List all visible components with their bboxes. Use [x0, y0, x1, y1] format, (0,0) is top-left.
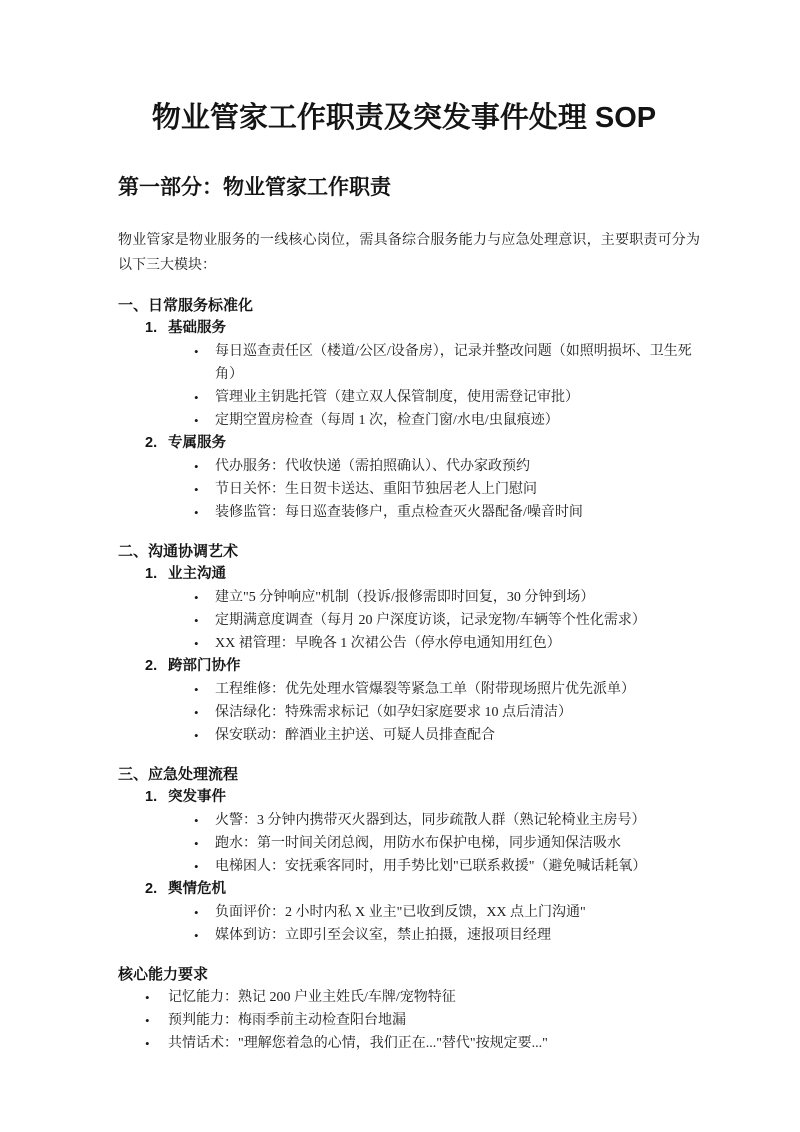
- item-number: 1.: [145, 786, 157, 809]
- bullet-text: 负面评价：2 小时内私 X 业主"已收到反馈，XX 点上门沟通": [215, 905, 586, 920]
- bullet-marker: •: [194, 901, 199, 924]
- bullet-text: 火警：3 分钟内携带灭火器到达，同步疏散人群（熟记轮椅业主房号）: [215, 813, 646, 828]
- bullet-marker: •: [194, 501, 199, 524]
- bullet-text: 预判能力：梅雨季前主动检查阳台地漏: [168, 1013, 406, 1028]
- section-core-skills: 核心能力要求 • 记忆能力：熟记 200 户业主姓氏/车牌/宠物特征 • 预判能…: [118, 963, 700, 1055]
- numbered-item: 2. 专属服务: [118, 432, 700, 455]
- bullet-marker: •: [194, 455, 199, 478]
- item-title: 突发事件: [168, 789, 226, 805]
- bullet-marker: •: [194, 386, 199, 409]
- bullet-marker: •: [194, 409, 199, 432]
- item-title: 基础服务: [168, 320, 226, 336]
- bullet-marker: •: [194, 586, 199, 609]
- bullet-text: 电梯困人：安抚乘客同时，用手势比划"已联系救援"（避免喊话耗氧）: [215, 859, 646, 874]
- bullet-text: XX 裙管理：早晚各 1 次裙公告（停水停电通知用红色）: [215, 636, 561, 651]
- bullet-item: • 工程维修：优先处理水管爆裂等紧急工单（附带现场照片优先派单）: [118, 678, 700, 701]
- bullet-item: • 电梯困人：安抚乘客同时，用手势比划"已联系救援"（避免喊话耗氧）: [118, 855, 700, 878]
- item-title: 跨部门协作: [168, 658, 241, 674]
- part-heading: 第一部分：物业管家工作职责: [118, 174, 700, 202]
- section-heading: 三、应急处理流程: [118, 763, 700, 786]
- item-title: 舆情危机: [168, 881, 226, 897]
- bullet-item: • 定期满意度调查（每月 20 户深度访谈，记录宠物/车辆等个性化需求）: [118, 609, 700, 632]
- core-heading: 核心能力要求: [118, 963, 700, 986]
- item-number: 2.: [145, 655, 157, 678]
- section-communication: 二、沟通协调艺术 1. 业主沟通 • 建立"5 分钟响应"机制（投诉/报修需即时…: [118, 540, 700, 747]
- bullet-item: • 媒体到访：立即引至会议室，禁止拍摄，速报项目经理: [118, 924, 700, 947]
- bullet-text: 代办服务：代收快递（需拍照确认）、代办家政预约: [215, 459, 530, 474]
- numbered-item: 1. 突发事件: [118, 786, 700, 809]
- bullet-text: 保洁绿化：特殊需求标记（如孕妇家庭要求 10 点后清洁）: [215, 705, 572, 720]
- bullet-text: 保安联动：醉酒业主护送、可疑人员排查配合: [215, 728, 495, 743]
- bullet-marker: •: [194, 478, 199, 501]
- bullet-text: 记忆能力：熟记 200 户业主姓氏/车牌/宠物特征: [168, 990, 456, 1005]
- bullet-text: 装修监管：每日巡查装修户，重点检查灭火器配备/噪音时间: [215, 505, 583, 520]
- numbered-item: 1. 基础服务: [118, 317, 700, 340]
- item-title: 专属服务: [168, 435, 226, 451]
- bullet-item: • 预判能力：梅雨季前主动检查阳台地漏: [118, 1009, 700, 1032]
- bullet-item: • XX 裙管理：早晚各 1 次裙公告（停水停电通知用红色）: [118, 632, 700, 655]
- bullet-item: • 管理业主钥匙托管（建立双人保管制度，使用需登记审批）: [118, 386, 700, 409]
- bullet-text: 媒体到访：立即引至会议室，禁止拍摄，速报项目经理: [215, 928, 551, 943]
- bullet-marker: •: [194, 632, 199, 655]
- bullet-marker: •: [194, 701, 199, 724]
- bullet-marker: •: [145, 986, 150, 1009]
- item-number: 1.: [145, 563, 157, 586]
- bullet-text: 建立"5 分钟响应"机制（投诉/报修需即时回复，30 分钟到场）: [215, 590, 594, 605]
- bullet-marker: •: [194, 678, 199, 701]
- item-number: 2.: [145, 878, 157, 901]
- bullet-marker: •: [194, 809, 199, 832]
- bullet-item: • 保安联动：醉酒业主护送、可疑人员排查配合: [118, 724, 700, 747]
- bullet-marker: •: [194, 855, 199, 878]
- item-number: 2.: [145, 432, 157, 455]
- bullet-item: • 保洁绿化：特殊需求标记（如孕妇家庭要求 10 点后清洁）: [118, 701, 700, 724]
- bullet-item: • 跑水：第一时间关闭总阀，用防水布保护电梯，同步通知保洁吸水: [118, 832, 700, 855]
- bullet-text: 定期满意度调查（每月 20 户深度访谈，记录宠物/车辆等个性化需求）: [215, 613, 646, 628]
- bullet-marker: •: [194, 340, 199, 363]
- document-page: 物业管家工作职责及突发事件处理 SOP 第一部分：物业管家工作职责 物业管家是物…: [0, 0, 800, 1132]
- bullet-item: • 火警：3 分钟内携带灭火器到达，同步疏散人群（熟记轮椅业主房号）: [118, 809, 700, 832]
- intro-paragraph: 物业管家是物业服务的一线核心岗位，需具备综合服务能力与应急处理意识，主要职责可分…: [118, 228, 700, 278]
- bullet-item: • 记忆能力：熟记 200 户业主姓氏/车牌/宠物特征: [118, 986, 700, 1009]
- bullet-text: 共情话术："理解您着急的心情，我们正在..."替代"按规定要...": [168, 1036, 548, 1051]
- bullet-text: 跑水：第一时间关闭总阀，用防水布保护电梯，同步通知保洁吸水: [215, 836, 621, 851]
- bullet-marker: •: [145, 1009, 150, 1032]
- bullet-item: • 建立"5 分钟响应"机制（投诉/报修需即时回复，30 分钟到场）: [118, 586, 700, 609]
- item-title: 业主沟通: [168, 566, 226, 582]
- bullet-item: • 代办服务：代收快递（需拍照确认）、代办家政预约: [118, 455, 700, 478]
- section-heading: 一、日常服务标准化: [118, 294, 700, 317]
- bullet-text: 工程维修：优先处理水管爆裂等紧急工单（附带现场照片优先派单）: [215, 682, 635, 697]
- bullet-marker: •: [194, 724, 199, 747]
- page-title: 物业管家工作职责及突发事件处理 SOP: [108, 98, 700, 138]
- bullet-item: • 共情话术："理解您着急的心情，我们正在..."替代"按规定要...": [118, 1032, 700, 1055]
- item-number: 1.: [145, 317, 157, 340]
- bullet-item: • 装修监管：每日巡查装修户，重点检查灭火器配备/噪音时间: [118, 501, 700, 524]
- bullet-item: • 每日巡查责任区（楼道/公区/设备房），记录并整改问题（如照明损坏、卫生死角）: [118, 340, 700, 386]
- numbered-item: 2. 舆情危机: [118, 878, 700, 901]
- bullet-marker: •: [194, 832, 199, 855]
- numbered-item: 2. 跨部门协作: [118, 655, 700, 678]
- bullet-item: • 节日关怀：生日贺卡送达、重阳节独居老人上门慰问: [118, 478, 700, 501]
- bullet-item: • 定期空置房检查（每周 1 次，检查门窗/水电/虫鼠痕迹）: [118, 409, 700, 432]
- bullet-text: 每日巡查责任区（楼道/公区/设备房），记录并整改问题（如照明损坏、卫生死角）: [215, 344, 692, 382]
- section-daily-service: 一、日常服务标准化 1. 基础服务 • 每日巡查责任区（楼道/公区/设备房），记…: [118, 294, 700, 524]
- section-emergency: 三、应急处理流程 1. 突发事件 • 火警：3 分钟内携带灭火器到达，同步疏散人…: [118, 763, 700, 947]
- bullet-marker: •: [145, 1032, 150, 1055]
- bullet-item: • 负面评价：2 小时内私 X 业主"已收到反馈，XX 点上门沟通": [118, 901, 700, 924]
- numbered-item: 1. 业主沟通: [118, 563, 700, 586]
- bullet-text: 管理业主钥匙托管（建立双人保管制度，使用需登记审批）: [215, 390, 579, 405]
- bullet-text: 定期空置房检查（每周 1 次，检查门窗/水电/虫鼠痕迹）: [215, 413, 559, 428]
- bullet-marker: •: [194, 609, 199, 632]
- bullet-text: 节日关怀：生日贺卡送达、重阳节独居老人上门慰问: [215, 482, 537, 497]
- section-heading: 二、沟通协调艺术: [118, 540, 700, 563]
- bullet-marker: •: [194, 924, 199, 947]
